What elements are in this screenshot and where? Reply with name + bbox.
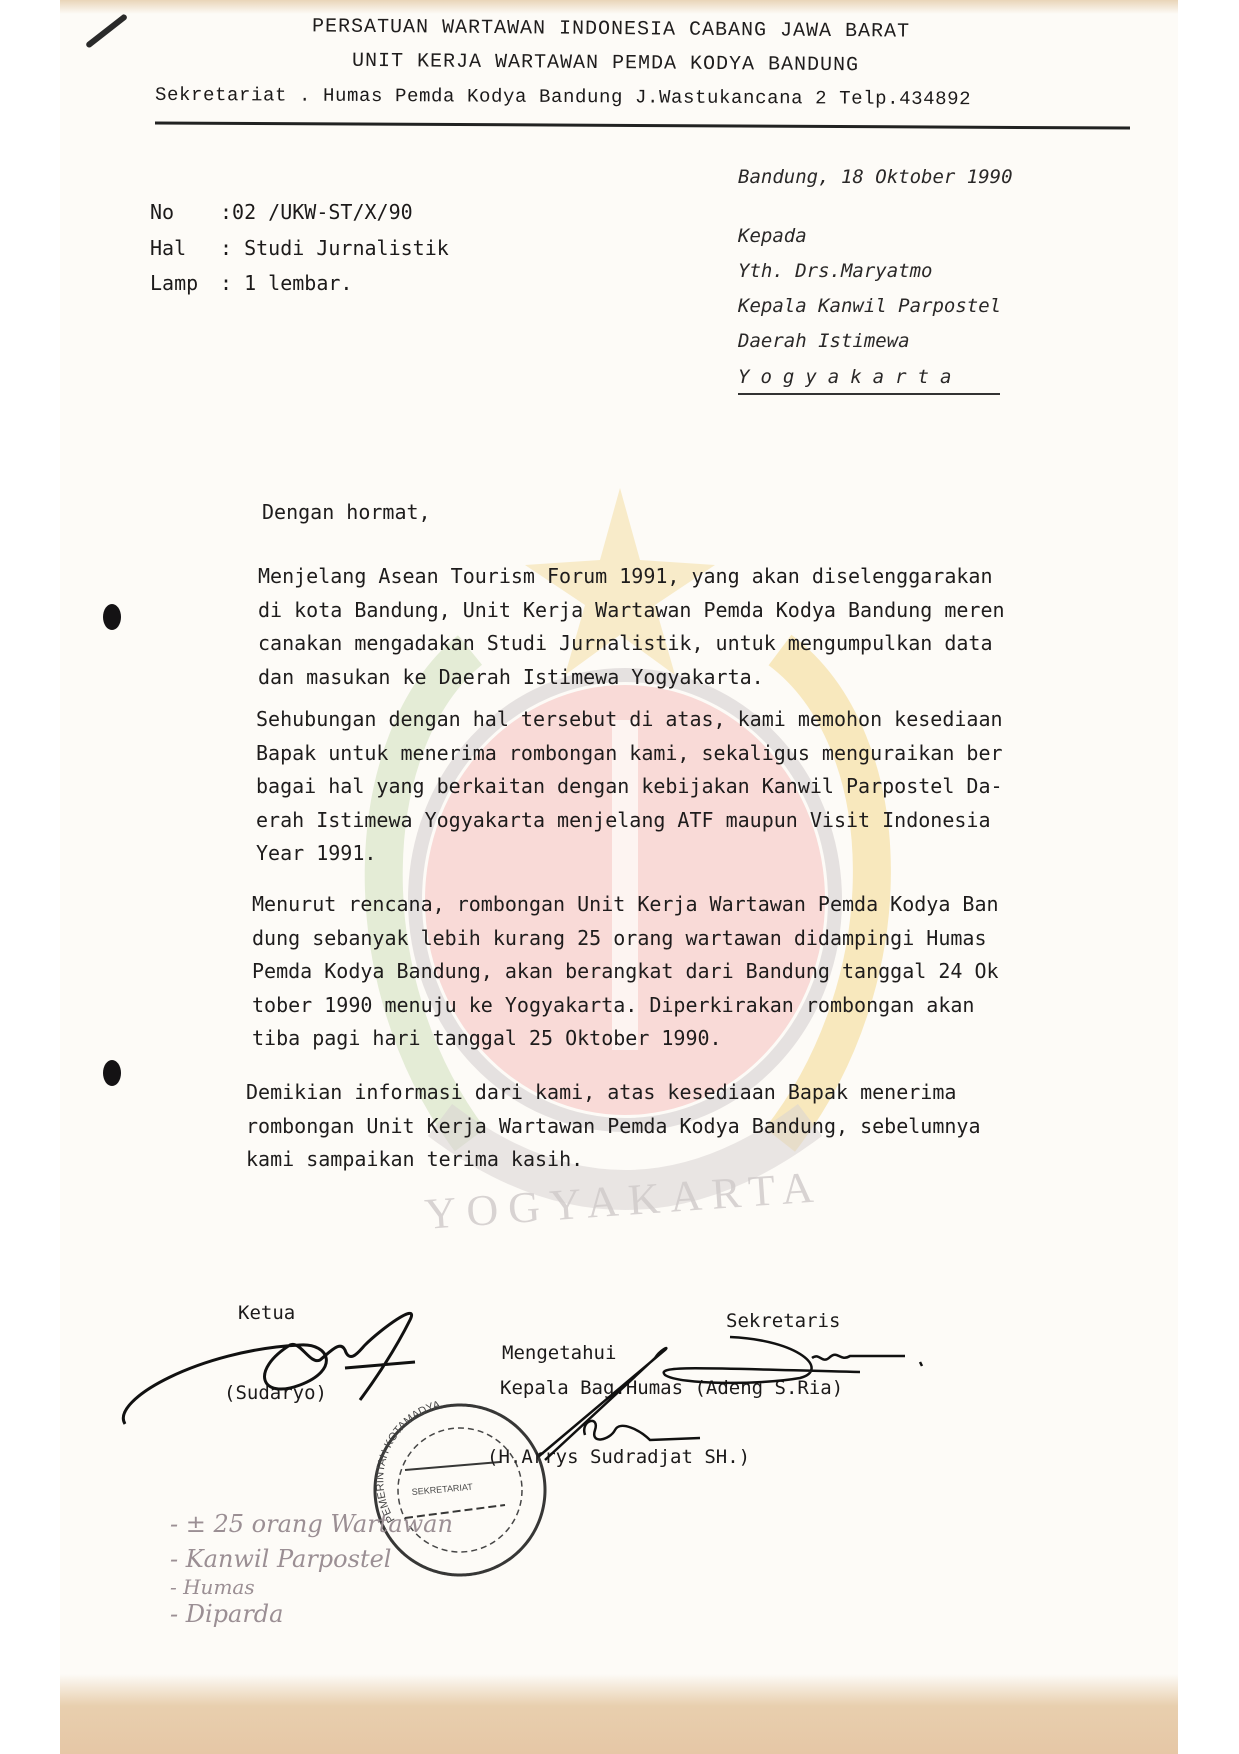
sekretaris-signature-icon <box>664 1337 922 1383</box>
signature-layer: SEKRETARIAT PEMERINTAH KOTAMADYA <box>0 0 1239 1754</box>
official-stamp: SEKRETARIAT PEMERINTAH KOTAMADYA <box>374 1399 545 1575</box>
handwritten-note-1: - ± 25 orang Wartawan <box>170 1510 453 1538</box>
handwritten-note-3: - Humas <box>170 1575 255 1599</box>
kepala-signature-icon <box>538 1348 700 1460</box>
stamp-ring-text: PEMERINTAH KOTAMADYA <box>374 1399 442 1525</box>
handwritten-note-2: - Kanwil Parpostel <box>170 1545 391 1573</box>
ketua-signature-icon <box>123 1313 415 1424</box>
svg-text:PEMERINTAH KOTAMADYA: PEMERINTAH KOTAMADYA <box>374 1399 442 1525</box>
stamp-center-text: SEKRETARIAT <box>411 1482 473 1497</box>
handwritten-note-4: - Diparda <box>170 1600 283 1628</box>
